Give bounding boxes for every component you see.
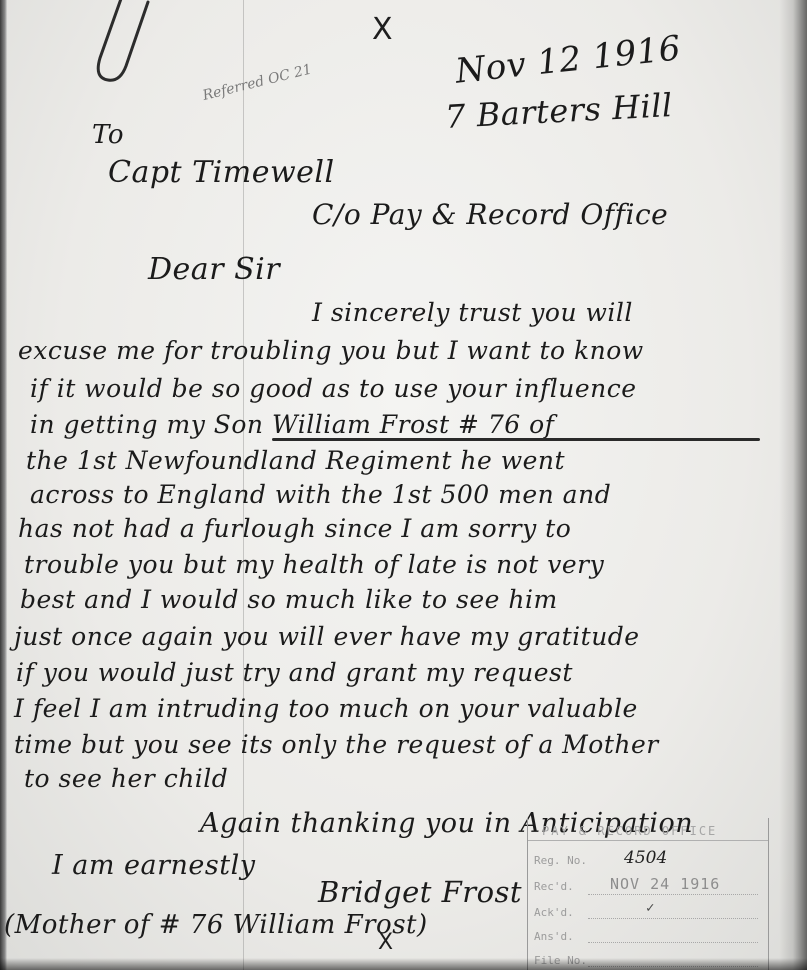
stamp-rule (588, 942, 758, 943)
valediction: I am earnestly (52, 850, 255, 881)
body-line-1: I sincerely trust you will (312, 298, 633, 327)
stamp-received-date: NOV 24 1916 (610, 875, 720, 893)
body-line-14: to see her child (24, 764, 228, 793)
body-line-9: best and I would so much like to see him (20, 585, 558, 614)
letter-page: Referred OC 21 X Nov 12 1916 7 Barters H… (0, 0, 807, 970)
underline (272, 438, 760, 441)
stamp-label-received: Rec'd. (534, 880, 574, 893)
body-line-10: just once again you will ever have my gr… (14, 622, 640, 651)
body-line-8: trouble you but my health of late is not… (24, 550, 604, 579)
recipient-prefix: To (92, 120, 124, 150)
body-line-13: time but you see its only the request of… (14, 730, 659, 759)
body-line-12: I feel I am intruding too much on your v… (14, 694, 638, 723)
stamp-reg-number: 4504 (624, 848, 667, 868)
recipient-office: C/o Pay & Record Office (312, 198, 668, 231)
recipient-name: Capt Timewell (108, 155, 335, 190)
stamp-label-acknowledged: Ack'd. (534, 906, 574, 919)
stamp-rule (588, 918, 758, 919)
pencil-annotation: Referred OC 21 (201, 61, 313, 104)
x-mark-bottom: X (378, 930, 393, 955)
registry-stamp: PAY & RECORD OFFICE Reg. No. 4504 Rec'd.… (527, 818, 769, 970)
signature-note: (Mother of # 76 William Frost) (4, 910, 428, 940)
stamp-rule (588, 894, 758, 895)
scan-bottom-shadow (0, 958, 807, 970)
body-line-11: if you would just try and grant my reque… (16, 658, 573, 687)
body-line-2: excuse me for troubling you but I want t… (18, 336, 644, 365)
body-line-6: across to England with the 1st 500 men a… (30, 480, 611, 509)
body-line-4: in getting my Son William Frost # 76 of (30, 410, 554, 439)
sender-address: 7 Barters Hill (444, 86, 673, 136)
stamp-label-reg: Reg. No. (534, 854, 587, 867)
stamp-divider (528, 840, 768, 841)
body-line-7: has not had a furlough since I am sorry … (18, 514, 571, 543)
letter-date: Nov 12 1916 (454, 28, 683, 91)
stamp-label-answered: Ans'd. (534, 930, 574, 943)
signature: Bridget Frost (318, 875, 522, 909)
scan-left-edge (0, 0, 7, 970)
scan-right-shadow (779, 0, 807, 970)
paperclip-icon (92, 0, 162, 92)
stamp-check-mark: ✓ (646, 900, 654, 916)
x-mark-top: X (372, 12, 393, 47)
body-line-3: if it would be so good as to use your in… (30, 374, 637, 403)
greeting: Dear Sir (148, 252, 280, 287)
stamp-header: PAY & RECORD OFFICE (542, 824, 717, 838)
body-line-5: the 1st Newfoundland Regiment he went (26, 446, 565, 475)
